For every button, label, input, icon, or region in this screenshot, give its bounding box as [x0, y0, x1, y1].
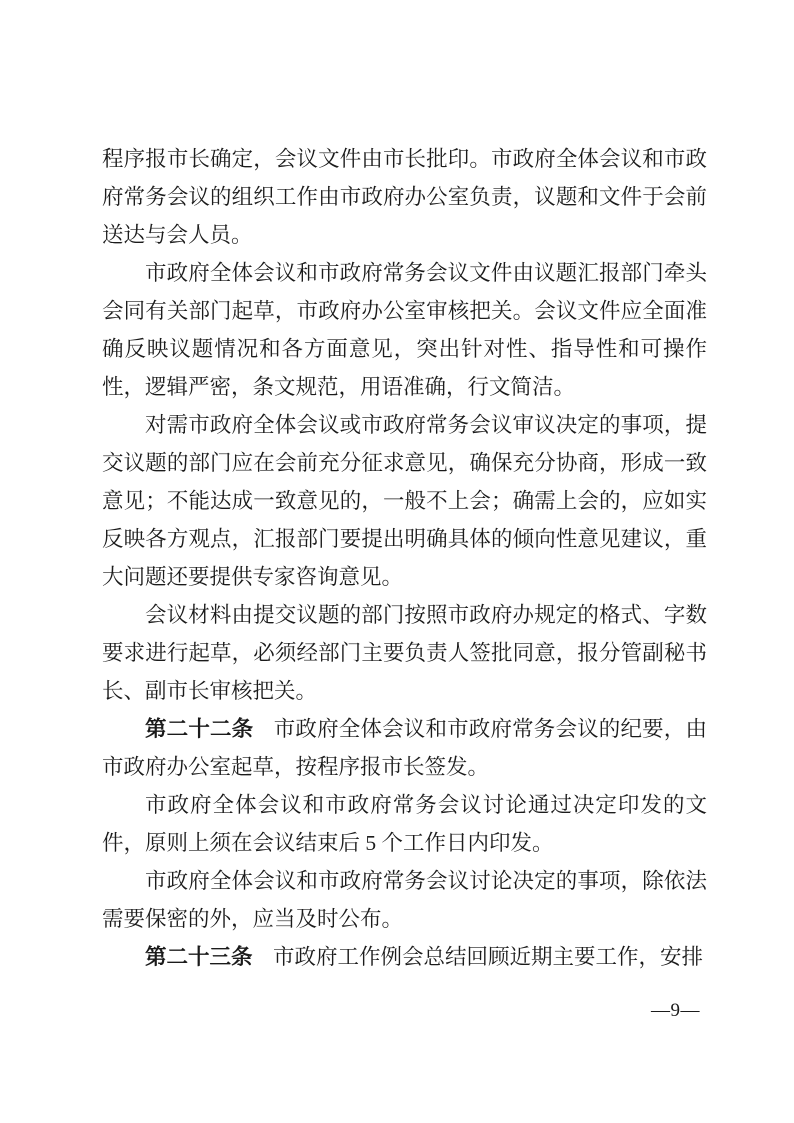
article-number: 第二十二条 [145, 717, 253, 741]
page-footer: —9— [651, 1000, 700, 1022]
paragraph: 会议材料由提交议题的部门按照市政府办规定的格式、字数要求进行起草，必须经部门主要… [102, 596, 707, 710]
article-number: 第二十三条 [145, 945, 253, 969]
paragraph: 对需市政府全体会议或市政府常务会议审议决定的事项，提交议题的部门应在会前充分征求… [102, 406, 707, 596]
paragraph: 市政府全体会议和市政府常务会议讨论决定的事项，除依法需要保密的外，应当及时公布。 [102, 862, 707, 938]
paragraph: 第二十三条市政府工作例会总结回顾近期主要工作，安排 [102, 938, 707, 976]
document-page: 程序报市长确定，会议文件由市长批印。市政府全体会议和市政府常务会议的组织工作由市… [0, 0, 794, 1123]
document-body: 程序报市长确定，会议文件由市长批印。市政府全体会议和市政府常务会议的组织工作由市… [102, 140, 707, 976]
paragraph: 第二十二条市政府全体会议和市政府常务会议的纪要，由市政府办公室起草，按程序报市长… [102, 710, 707, 786]
page-number: —9— [651, 1000, 700, 1021]
paragraph: 市政府全体会议和市政府常务会议文件由议题汇报部门牵头会同有关部门起草，市政府办公… [102, 254, 707, 406]
paragraph: 市政府全体会议和市政府常务会议讨论通过决定印发的文件，原则上须在会议结束后 5 … [102, 786, 707, 862]
paragraph: 程序报市长确定，会议文件由市长批印。市政府全体会议和市政府常务会议的组织工作由市… [102, 140, 707, 254]
